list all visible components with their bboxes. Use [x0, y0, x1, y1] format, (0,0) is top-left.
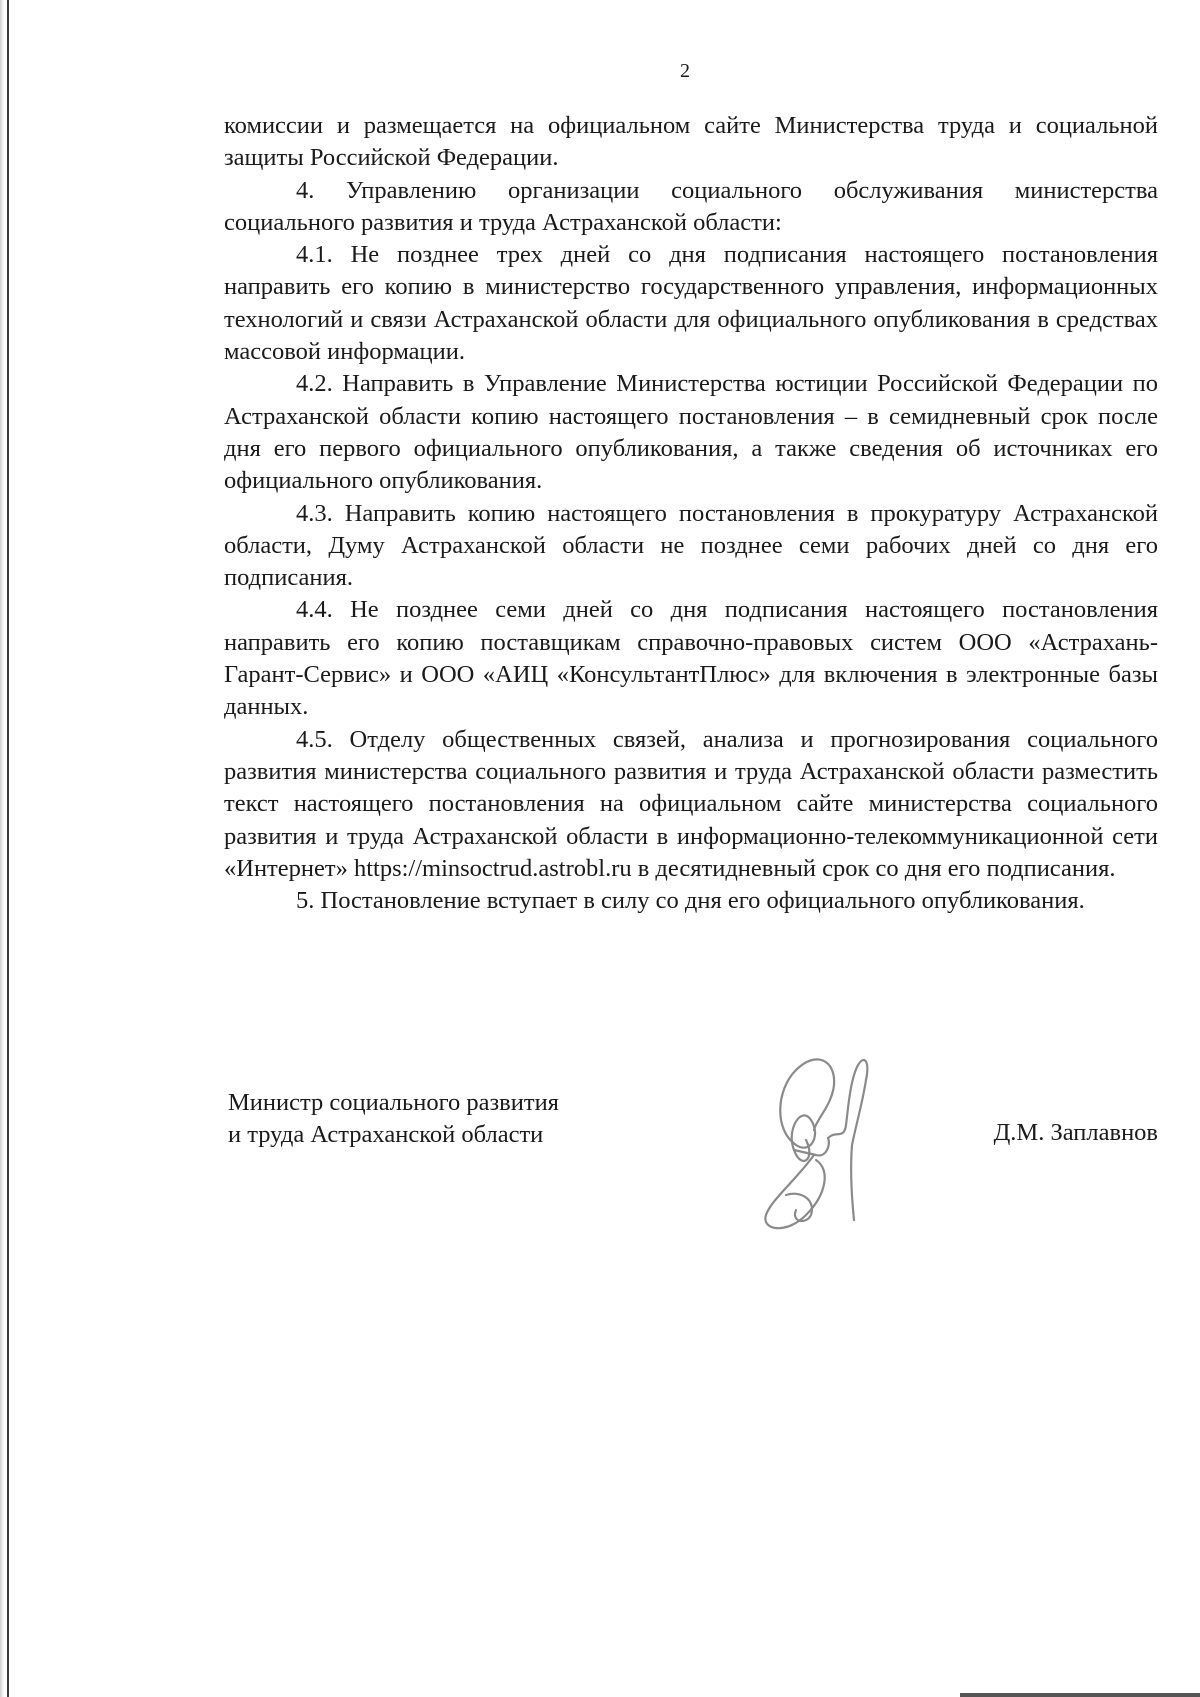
document-body: комиссии и размещается на официальном са…: [224, 110, 1158, 917]
signatory-title-line-1: Министр социального развития: [228, 1087, 559, 1119]
paragraph-5: 5. Постановление вступает в силу со дня …: [224, 885, 1158, 917]
paragraph-4: 4. Управлению организации социального об…: [224, 175, 1158, 240]
paragraph-4-1: 4.1. Не позднее трех дней со дня подписа…: [224, 239, 1158, 368]
scan-edge-line: [7, 0, 9, 1697]
scan-bottom-edge: [960, 1693, 1200, 1697]
signatory-name: Д.М. Заплавнов: [994, 1119, 1158, 1147]
signatory-title-line-2: и труда Астраханской области: [228, 1119, 559, 1151]
handwritten-signature-icon: [756, 1050, 926, 1235]
page-number: 2: [0, 60, 1200, 83]
paragraph-4-2: 4.2. Направить в Управление Министерства…: [224, 368, 1158, 497]
paragraph-4-3: 4.3. Направить копию настоящего постанов…: [224, 498, 1158, 595]
paragraph-4-4: 4.4. Не позднее семи дней со дня подписа…: [224, 594, 1158, 723]
paragraph-continuation: комиссии и размещается на официальном са…: [224, 110, 1158, 175]
paragraph-4-5: 4.5. Отделу общественных связей, анализа…: [224, 724, 1158, 885]
signatory-title: Министр социального развития и труда Аст…: [228, 1087, 559, 1151]
scan-edge-shadow: [0, 0, 4, 1697]
